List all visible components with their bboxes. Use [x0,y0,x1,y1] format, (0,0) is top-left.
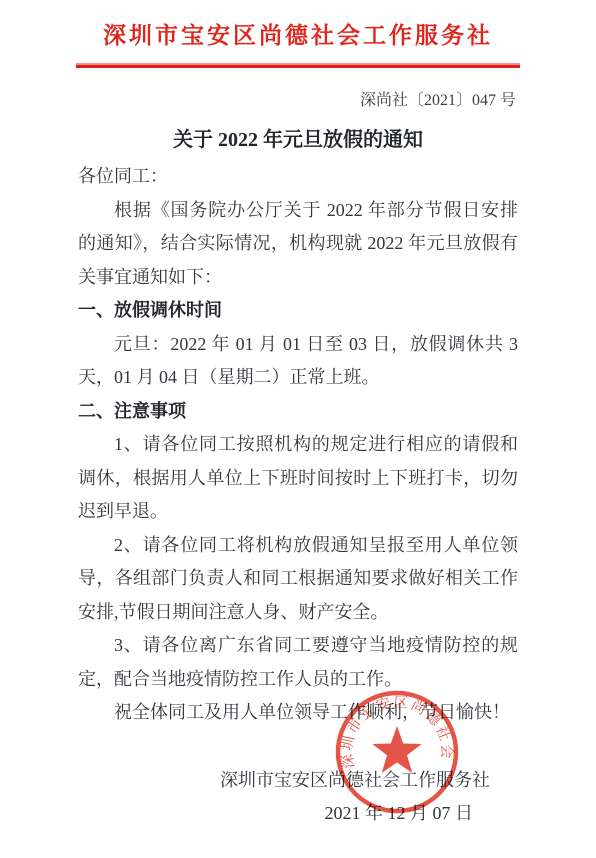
section-1-heading: 一、放假调休时间 [78,294,518,328]
intro-paragraph: 根据《国务院办公厅关于 2022 年部分节假日安排的通知》，结合实际情况，机构现… [78,194,518,295]
doc-number: 深尚社〔2021〕047 号 [0,91,596,111]
salutation: 各位同工： [78,160,518,194]
notice-item-1: 1、请各位同工按照机构的规定进行相应的请假和调休，根据用人单位上下班时间按时上下… [78,428,518,529]
header-red-rule [76,63,520,68]
header-org-name: 深圳市宝安区尚德社会工作服务社 [0,21,596,51]
signature-date: 2021 年 12 月 07 日 [0,797,596,830]
closing-wish: 祝全体同工及用人单位领导工作顺利，节日愉快！ [78,696,518,730]
signature-block: 深圳市宝安区尚德社会工作服务社 2021 年 12 月 07 日 [0,764,596,830]
notice-title: 关于 2022 年元旦放假的通知 [0,127,596,153]
section-1-text: 元旦：2022 年 01 月 01 日至 03 日，放假调休共 3 天，01 月… [78,328,518,395]
signature-org-name: 深圳市宝安区尚德社会工作服务社 [0,764,596,797]
notice-item-2: 2、请各位同工将机构放假通知呈报至用人单位领导，各组部门负责人和同工根据通知要求… [78,529,518,630]
section-2-heading: 二、注意事项 [78,395,518,429]
notice-item-3: 3、请各位离广东省同工要遵守当地疫情防控的规定，配合当地疫情防控工作人员的工作。 [78,629,518,696]
notice-body: 各位同工： 根据《国务院办公厅关于 2022 年部分节假日安排的通知》，结合实际… [0,160,596,730]
notice-document-page: 深圳市宝安区尚德社会工作服务社 深尚社〔2021〕047 号 关于 2022 年… [0,0,596,858]
